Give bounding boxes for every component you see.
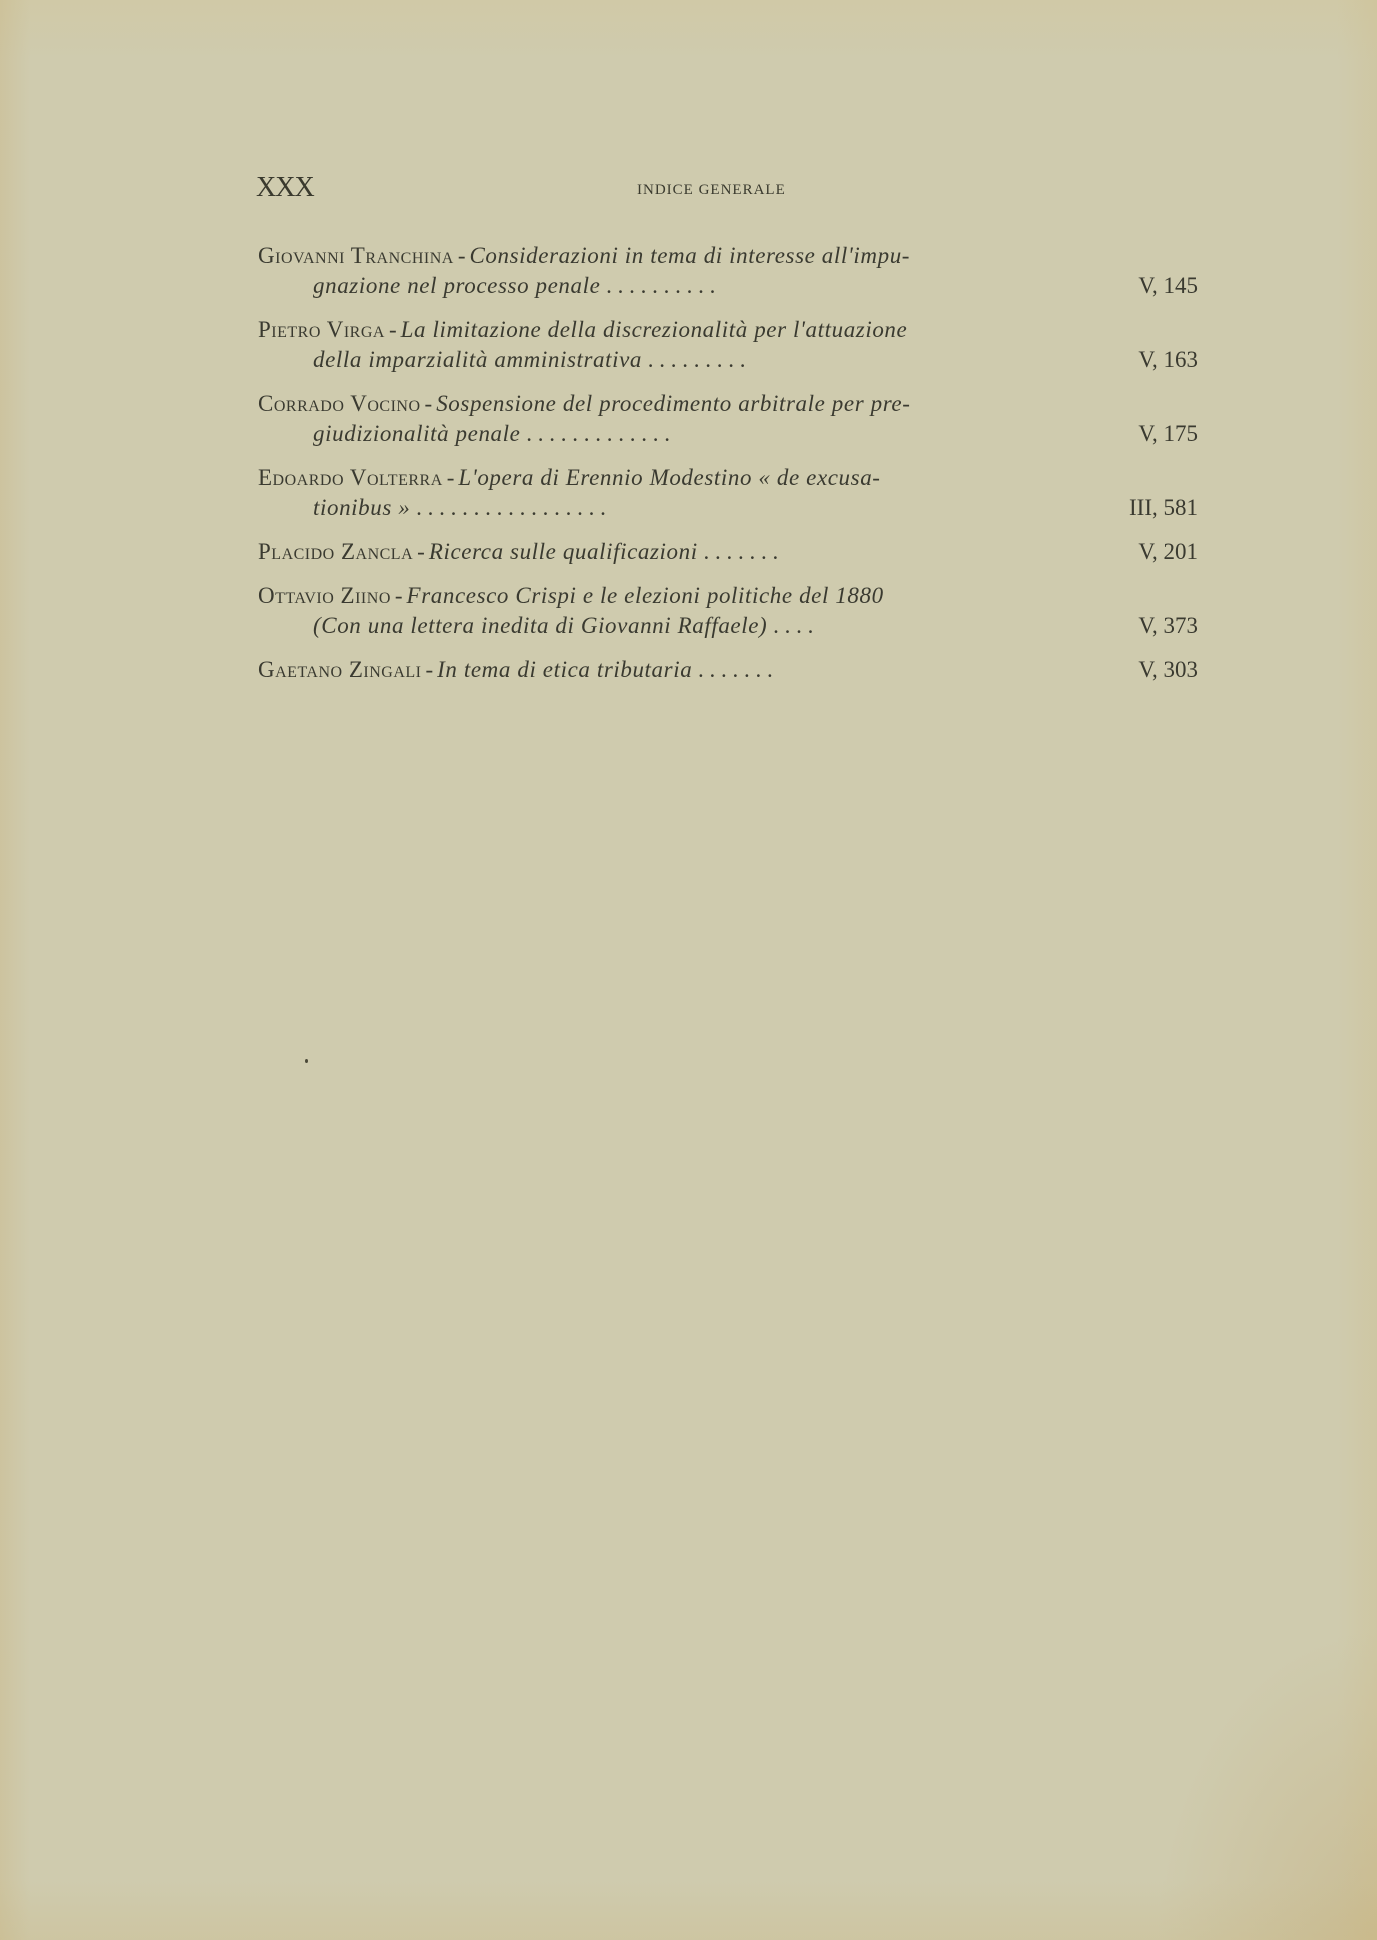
toc-entry: Edoardo Volterra-L'opera di Erennio Mode… (258, 463, 1198, 523)
page-reference: III, 581 (1129, 493, 1198, 523)
article-title-continued: tionibus » (313, 495, 410, 520)
toc-entry: Pietro Virga-La limitazione della discre… (258, 315, 1198, 375)
page-reference: V, 373 (1138, 611, 1198, 641)
toc-entry: Gaetano Zingali-In tema di etica tributa… (258, 655, 1198, 685)
article-title: Ricerca sulle qualificazioni (429, 539, 698, 564)
separator: - (421, 391, 437, 416)
separator: - (422, 657, 438, 682)
toc-entry: Ottavio Ziino-Francesco Crispi e le elez… (258, 581, 1198, 641)
separator: - (391, 583, 407, 608)
dot-leader: . . . . (767, 613, 813, 638)
article-title-continued: gnazione nel processo penale (313, 273, 600, 298)
author-name: Corrado Vocino (258, 391, 421, 416)
author-name: Giovanni Tranchina (258, 243, 454, 268)
paper-speck (305, 1059, 308, 1063)
page-reference: V, 145 (1138, 271, 1198, 301)
page-reference: V, 303 (1138, 655, 1198, 685)
article-title: La limitazione della discrezionalità per… (401, 317, 908, 342)
author-name: Edoardo Volterra (258, 465, 443, 490)
author-name: Placido Zancla (258, 539, 413, 564)
entry-line-1: Placido Zancla-Ricerca sulle qualificazi… (258, 537, 1058, 567)
book-page: XXX INDICE GENERALE Giovanni Tranchina-C… (0, 0, 1377, 1940)
dot-leader: . . . . . . . . . . . . . . . . . (410, 495, 606, 520)
separator: - (443, 465, 459, 490)
entry-text: Corrado Vocino-Sospensione del procedime… (258, 389, 1058, 449)
table-of-contents: Giovanni Tranchina-Considerazioni in tem… (258, 241, 1198, 699)
entry-line-1: Giovanni Tranchina-Considerazioni in tem… (258, 241, 1058, 271)
entry-text: Pietro Virga-La limitazione della discre… (258, 315, 1058, 375)
page-reference: V, 175 (1138, 419, 1198, 449)
entry-line-2: gnazione nel processo penale . . . . . .… (258, 271, 1058, 301)
toc-entry: Giovanni Tranchina-Considerazioni in tem… (258, 241, 1198, 301)
entry-line-1: Gaetano Zingali-In tema di etica tributa… (258, 655, 1058, 685)
dot-leader: . . . . . . . . . (642, 347, 746, 372)
dot-leader: . . . . . . . (692, 657, 773, 682)
entry-text: Giovanni Tranchina-Considerazioni in tem… (258, 241, 1058, 301)
page-number-roman: XXX (256, 172, 314, 204)
entry-line-1: Ottavio Ziino-Francesco Crispi e le elez… (258, 581, 1058, 611)
author-name: Gaetano Zingali (258, 657, 422, 682)
author-name: Pietro Virga (258, 317, 385, 342)
separator: - (385, 317, 401, 342)
article-title: Sospensione del procedimento arbitrale p… (436, 391, 910, 416)
separator: - (454, 243, 470, 268)
article-title: L'opera di Erennio Modestino « de excusa… (458, 465, 880, 490)
page-reference: V, 201 (1138, 537, 1198, 567)
article-title: Francesco Crispi e le elezioni politiche… (407, 583, 884, 608)
toc-entry: Corrado Vocino-Sospensione del procedime… (258, 389, 1198, 449)
entry-line-1: Edoardo Volterra-L'opera di Erennio Mode… (258, 463, 1058, 493)
dot-leader: . . . . . . . . . . (600, 273, 715, 298)
article-title-continued: (Con una lettera inedita di Giovanni Raf… (313, 613, 767, 638)
author-name: Ottavio Ziino (258, 583, 391, 608)
entry-text: Gaetano Zingali-In tema di etica tributa… (258, 655, 1058, 685)
entry-line-2: della imparzialità amministrativa . . . … (258, 345, 1058, 375)
page-reference: V, 163 (1138, 345, 1198, 375)
entry-line-2: giudizionalità penale . . . . . . . . . … (258, 419, 1058, 449)
entry-line-2: tionibus » . . . . . . . . . . . . . . .… (258, 493, 1058, 523)
entry-text: Ottavio Ziino-Francesco Crispi e le elez… (258, 581, 1058, 641)
running-title: INDICE GENERALE (637, 182, 786, 199)
entry-text: Edoardo Volterra-L'opera di Erennio Mode… (258, 463, 1058, 523)
article-title-continued: della imparzialità amministrativa (313, 347, 642, 372)
article-title: In tema di etica tributaria (437, 657, 692, 682)
entry-line-1: Corrado Vocino-Sospensione del procedime… (258, 389, 1058, 419)
article-title-continued: giudizionalità penale (313, 421, 520, 446)
dot-leader: . . . . . . . (698, 539, 779, 564)
entry-line-1: Pietro Virga-La limitazione della discre… (258, 315, 1058, 345)
entry-text: Placido Zancla-Ricerca sulle qualificazi… (258, 537, 1058, 567)
dot-leader: . . . . . . . . . . . . . (520, 421, 670, 446)
separator: - (413, 539, 429, 564)
article-title: Considerazioni in tema di interesse all'… (469, 243, 910, 268)
entry-line-2: (Con una lettera inedita di Giovanni Raf… (258, 611, 1058, 641)
running-head: XXX INDICE GENERALE (256, 172, 1198, 202)
toc-entry: Placido Zancla-Ricerca sulle qualificazi… (258, 537, 1198, 567)
